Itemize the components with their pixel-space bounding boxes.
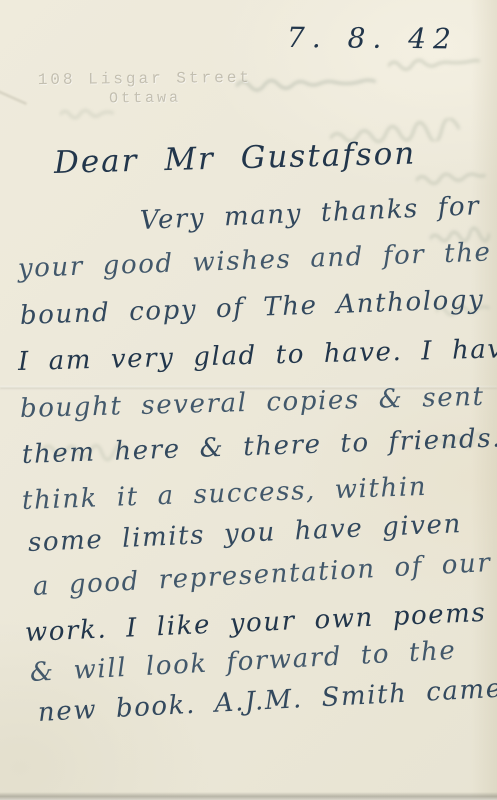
corner-crease-mark [0, 89, 27, 105]
letterhead-street: 108 Lisgar Street [26, 69, 264, 89]
salutation: Dear Mr Gustafson [54, 139, 417, 179]
body-line-2: your good wishes and for the [18, 239, 492, 282]
letterhead-city: Ottawa [26, 89, 264, 108]
letterhead: 108 Lisgar Street Ottawa [26, 69, 264, 108]
body-line-9: a good representation of our [32, 550, 492, 600]
scanned-letter-page: 7. 8. 42 108 Lisgar Street Ottawa Dear M… [0, 0, 497, 800]
letter-date: 7. 8. 42 [287, 24, 458, 53]
body-line-7: think it a success, within [22, 474, 428, 514]
body-line-1: Very many thanks for [139, 193, 480, 234]
body-line-8: some limits you have given [27, 511, 462, 556]
body-line-3: bound copy of The Anthology wh. [20, 284, 497, 329]
body-line-4: I am very glad to have. I have [18, 336, 497, 375]
page-bottom-shadow [0, 792, 497, 800]
body-line-6: them here & there to friends. I [22, 424, 497, 468]
